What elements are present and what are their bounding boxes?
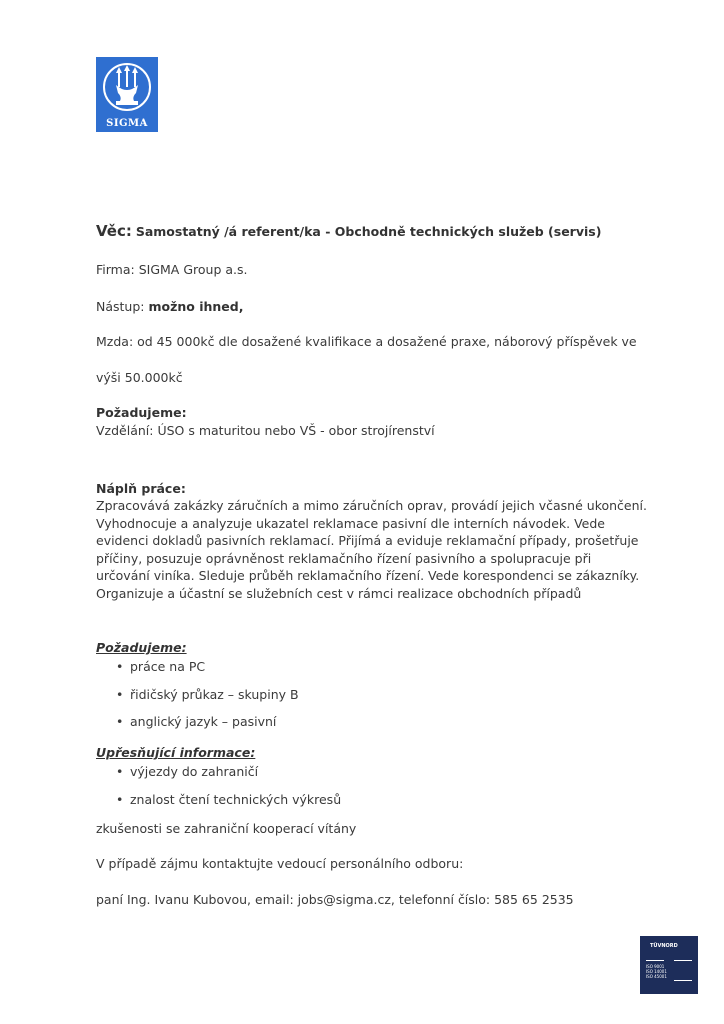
company-value: SIGMA Group a.s.	[139, 262, 248, 277]
details-heading: Upřesňující informace:	[96, 745, 255, 760]
list-item: výjezdy do zahraničí	[96, 764, 341, 792]
job-description-line: Organizuje a účastní se služebních cest …	[96, 585, 656, 603]
cert-standard: ISO 45001	[646, 974, 667, 979]
start-line: Nástup: možno ihned,	[96, 299, 243, 314]
subject-line: Věc: Samostatný /á referent/ka - Obchodn…	[96, 222, 601, 240]
job-description-line: příčiny, posuzuje oprávněnost reklamační…	[96, 550, 656, 568]
requirements-heading: Požadujeme:	[96, 640, 187, 655]
sigma-logo: SIGMA	[96, 57, 158, 132]
list-item: anglický jazyk – pasivní	[96, 714, 299, 742]
start-value: možno ihned,	[148, 299, 243, 314]
certification-badge: TÜVNORD ISO 9001 ISO 14001 ISO 45001	[640, 936, 698, 994]
contact-intro: V případě zájmu kontaktujte vedoucí pers…	[96, 856, 463, 871]
details-list: výjezdy do zahraničí znalost čtení techn…	[96, 764, 341, 819]
subject-label: Věc:	[96, 222, 132, 240]
subject-title: Samostatný /á referent/ka - Obchodně tec…	[136, 224, 602, 239]
salary-line-1: Mzda: od 45 000kč dle dosažené kvalifika…	[96, 334, 637, 349]
trident-emblem-icon	[96, 57, 158, 119]
cooperation-text: zkušenosti se zahraniční kooperací vítán…	[96, 821, 356, 836]
salary-line-2: výši 50.000kč	[96, 370, 183, 385]
job-description-line: Vyhodnocuje a analyzuje ukazatel reklama…	[96, 515, 656, 533]
cert-standards: ISO 9001 ISO 14001 ISO 45001	[646, 964, 667, 979]
list-item: znalost čtení technických výkresů	[96, 792, 341, 820]
company-line: Firma: SIGMA Group a.s.	[96, 262, 247, 277]
education-heading: Požadujeme:	[96, 405, 187, 420]
list-item: řidičský průkaz – skupiny B	[96, 687, 299, 715]
job-description-line: určování viníka. Sleduje průběh reklamač…	[96, 567, 656, 585]
requirements-list: práce na PC řidičský průkaz – skupiny B …	[96, 659, 299, 742]
education-text: Vzdělání: ÚSO s maturitou nebo VŠ - obor…	[96, 423, 435, 438]
logo-text: SIGMA	[96, 118, 158, 129]
job-description-heading: Náplň práce:	[96, 481, 186, 496]
list-item: práce na PC	[96, 659, 299, 687]
job-description-line: evidenci dokladů pasivních reklamací. Př…	[96, 532, 656, 550]
cert-brand: TÜVNORD	[650, 943, 678, 949]
start-label: Nástup:	[96, 299, 145, 314]
company-label: Firma:	[96, 262, 135, 277]
job-description-text: Zpracovává zakázky záručních a mimo záru…	[96, 497, 656, 602]
job-description-line: Zpracovává zakázky záručních a mimo záru…	[96, 497, 656, 515]
contact-line: paní Ing. Ivanu Kubovou, email: jobs@sig…	[96, 892, 574, 907]
